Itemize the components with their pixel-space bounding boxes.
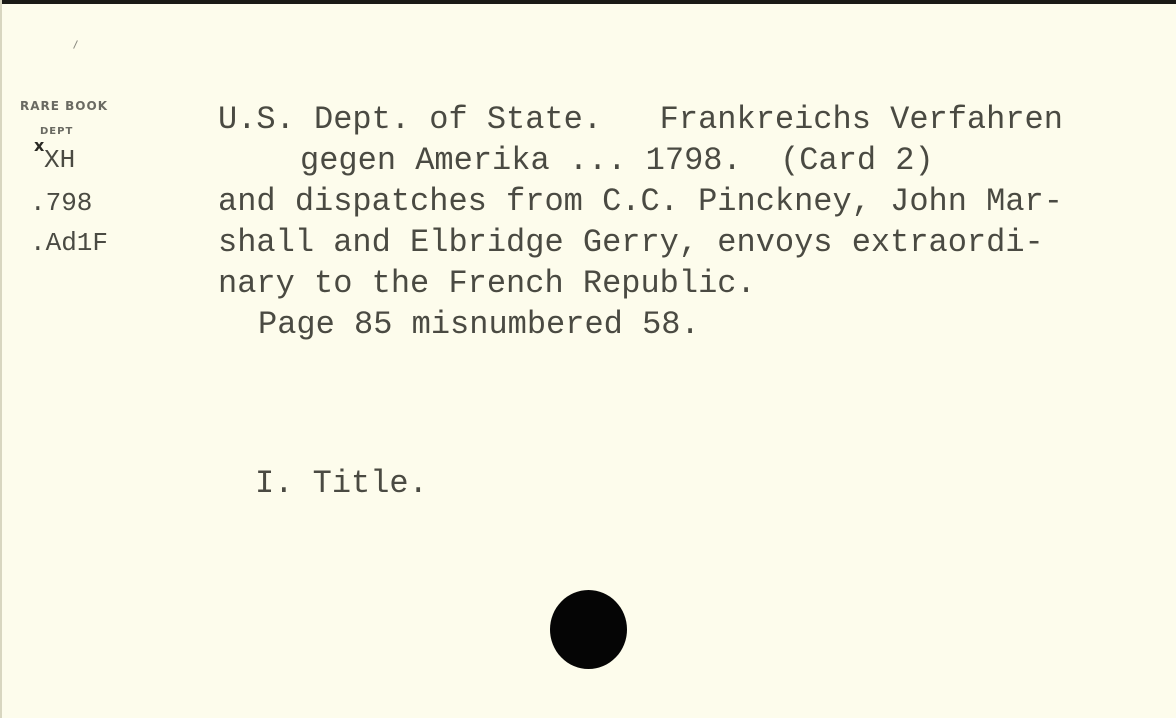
pencil-mark xyxy=(73,40,78,49)
card-body-line-5: nary to the French Republic. xyxy=(218,264,756,304)
call-number-line-3: .Ad1F xyxy=(30,223,108,264)
rare-book-stamp: RARE BOOK xyxy=(20,99,108,113)
card-top-edge xyxy=(0,0,1176,4)
card-note: Page 85 misnumbered 58. xyxy=(258,305,700,345)
call-number-line-2: .798 xyxy=(30,183,92,224)
card-body-line-1: U.S. Dept. of State. Frankreichs Verfahr… xyxy=(218,100,1063,140)
tracing-title: I. Title. xyxy=(255,464,428,504)
call-number-mark: x xyxy=(34,136,44,155)
card-body-line-2: gegen Amerika ... 1798. (Card 2) xyxy=(300,141,934,181)
card-body-line-3: and dispatches from C.C. Pinckney, John … xyxy=(218,182,1063,222)
dept-stamp: DEPT xyxy=(40,126,73,137)
card-left-edge xyxy=(0,0,2,718)
punch-hole xyxy=(550,590,627,669)
call-number-line-1: XH xyxy=(44,140,75,181)
card-body-line-4: shall and Elbridge Gerry, envoys extraor… xyxy=(218,223,1044,263)
